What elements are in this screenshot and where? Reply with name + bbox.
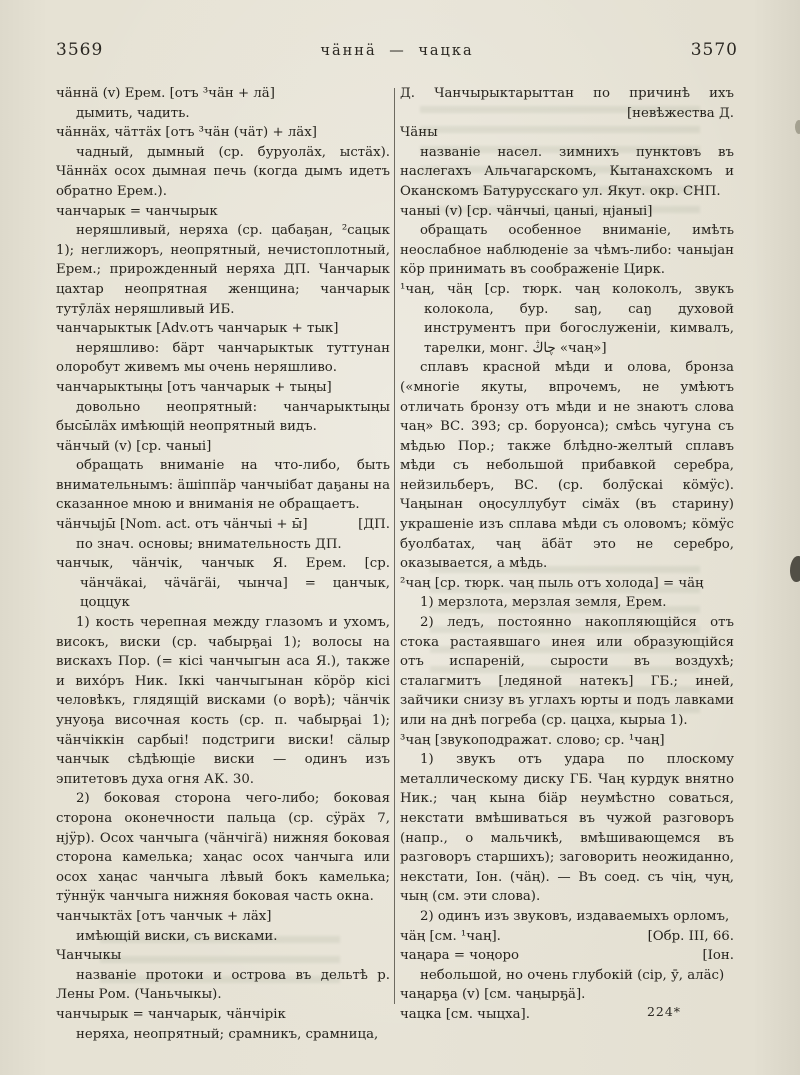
entry-text-line: чäң [см. ¹чаң].[Обр. III, 66. xyxy=(400,927,734,947)
entry-text-line: обращать вниманіе на что-либо, быть вним… xyxy=(56,456,390,515)
page-header: 3569 чäннä — чацка 3570 xyxy=(56,40,738,62)
entry-headword-line: чäннä (v) Ерем. [отъ ³чäн + лä] xyxy=(56,84,390,104)
column-divider-rule xyxy=(394,88,395,1004)
entry-text-line: чадный, дымный (ср. буруолäх, ыстäх). Чä… xyxy=(56,143,390,202)
entry-headword-line: ¹чаң, чäң [ср. тюрк. чаң колоколъ, звукъ… xyxy=(400,280,734,358)
entry-text-line: по знач. основы; внимательность ДП. xyxy=(56,535,390,555)
entry-text-line: Д. Чанчырыктарыттан по причинѣ ихъ xyxy=(400,84,734,104)
ink-smudge xyxy=(790,556,800,582)
entry-text-line: 1) кость черепная между глазомъ и ухомъ,… xyxy=(56,613,390,789)
entry-text-line: 2) боковая сторона чего-либо; боковая ст… xyxy=(56,789,390,907)
entry-text-line: неряшливый, неряха (ср. цабаҕан, ²сацык … xyxy=(56,221,390,319)
entry-text-line: названіе протоки и острова въ дельтѣ р. … xyxy=(56,966,390,1005)
entry-headword-line: Чäны xyxy=(400,123,734,143)
entry-headword-line: чанчыктäх [отъ чанчык + лäх] xyxy=(56,907,390,927)
running-head: чäннä — чацка xyxy=(320,43,473,59)
entry-headword-line: ³чаң [звукоподражат. слово; ср. ¹чаң] xyxy=(400,731,734,751)
entry-text-line: чаңара = чоңоро[Іон. xyxy=(400,946,734,966)
page-number-left: 3569 xyxy=(56,40,103,60)
entry-headword-line: чäнчый (v) [ср. чаныі] xyxy=(56,437,390,457)
entry-text: чäң [см. ¹чаң]. xyxy=(400,927,501,947)
entry-text-line: неряшливо: бäрт чанчарыктык туттунан оло… xyxy=(56,339,390,378)
entry-headword-line: чаңарҕа (v) [см. чаңырҕä]. xyxy=(400,985,734,1005)
right-column: Д. Чанчырыктарыттан по причинѣ ихъ[невѣж… xyxy=(400,84,734,1025)
entry-text-line: 2) ледъ, постоянно накопляющійся отъ сто… xyxy=(400,613,734,731)
entry-headword-line: ²чаң [ср. тюрк. чаң пыль отъ холода] = ч… xyxy=(400,574,734,594)
entry-headword-line: чаныі (v) [ср. чäнчыі, цаныі, нjаныі] xyxy=(400,202,734,222)
entry-text-line: довольно неопрятный: чанчарыктыңы бысы̄л… xyxy=(56,398,390,437)
dictionary-page-scan: 3569 чäннä — чацка 3570 чäннä (v) Ерем. … xyxy=(0,0,800,1075)
entry-headword-line: чанчык, чäнчік, чанчык Я. Ерем. [ср. чäн… xyxy=(56,554,390,613)
entry-headword-line: чäннäх, чäттäх [отъ ³чäн (чäт) + лäх] xyxy=(56,123,390,143)
entry-headword-line: чанчырык = чанчарык, чäнчірік xyxy=(56,1005,390,1025)
entry-headword-line: чанчарыктык [Adv.отъ чанчарык + тык] xyxy=(56,319,390,339)
page-number-right: 3570 xyxy=(691,40,738,60)
ink-smudge xyxy=(795,120,800,134)
entry-headword-line: чанчарык = чанчырык xyxy=(56,202,390,222)
entry-text-line: [невѣжества Д. xyxy=(400,104,734,124)
entry-text-line: неряха, неопрятный; срамникъ, срамница, xyxy=(56,1025,390,1045)
left-column: чäннä (v) Ерем. [отъ ³чäн + лä]дымить, ч… xyxy=(56,84,390,1044)
hanging-reference: [ДП. xyxy=(350,515,390,535)
entry-text-line: 2) одинъ изъ звуковъ, издаваемыхъ орломъ… xyxy=(400,907,734,927)
entry-text-line: обращать особенное вниманіе, имѣть неосл… xyxy=(400,221,734,280)
entry-text: чаңара = чоңоро xyxy=(400,946,519,966)
entry-text-line: сплавъ красной мѣди и олова, бронза («мн… xyxy=(400,358,734,574)
entry-text-line: чäнчыjы̄ [Nom. act. отъ чäнчыі + ы̄][ДП. xyxy=(56,515,390,535)
entry-headword-line: Чанчыкы xyxy=(56,946,390,966)
entry-text-line: 1) мерзлота, мерзлая земля, Ерем. xyxy=(400,593,734,613)
entry-text: чäнчыjы̄ [Nom. act. отъ чäнчыі + ы̄] xyxy=(56,515,308,535)
entry-headword-line: чанчарыктыңы [отъ чанчарык + тыңы] xyxy=(56,378,390,398)
entry-text-line: небольшой, но очень глубокій (сір, ӯ, ал… xyxy=(400,966,734,986)
hanging-reference: [Обр. III, 66. xyxy=(640,927,734,947)
entry-text-line: дымить, чадить. xyxy=(56,104,390,124)
entry-text-line: названіе насел. зимнихъ пунктовъ въ насл… xyxy=(400,143,734,202)
hanging-reference: [Іон. xyxy=(694,946,734,966)
entry-text-line: имѣющій виски, съ висками. xyxy=(56,927,390,947)
entry-text-line: 1) звукъ отъ удара по плоскому металличе… xyxy=(400,750,734,907)
signature-mark: 224* xyxy=(604,1004,724,1019)
